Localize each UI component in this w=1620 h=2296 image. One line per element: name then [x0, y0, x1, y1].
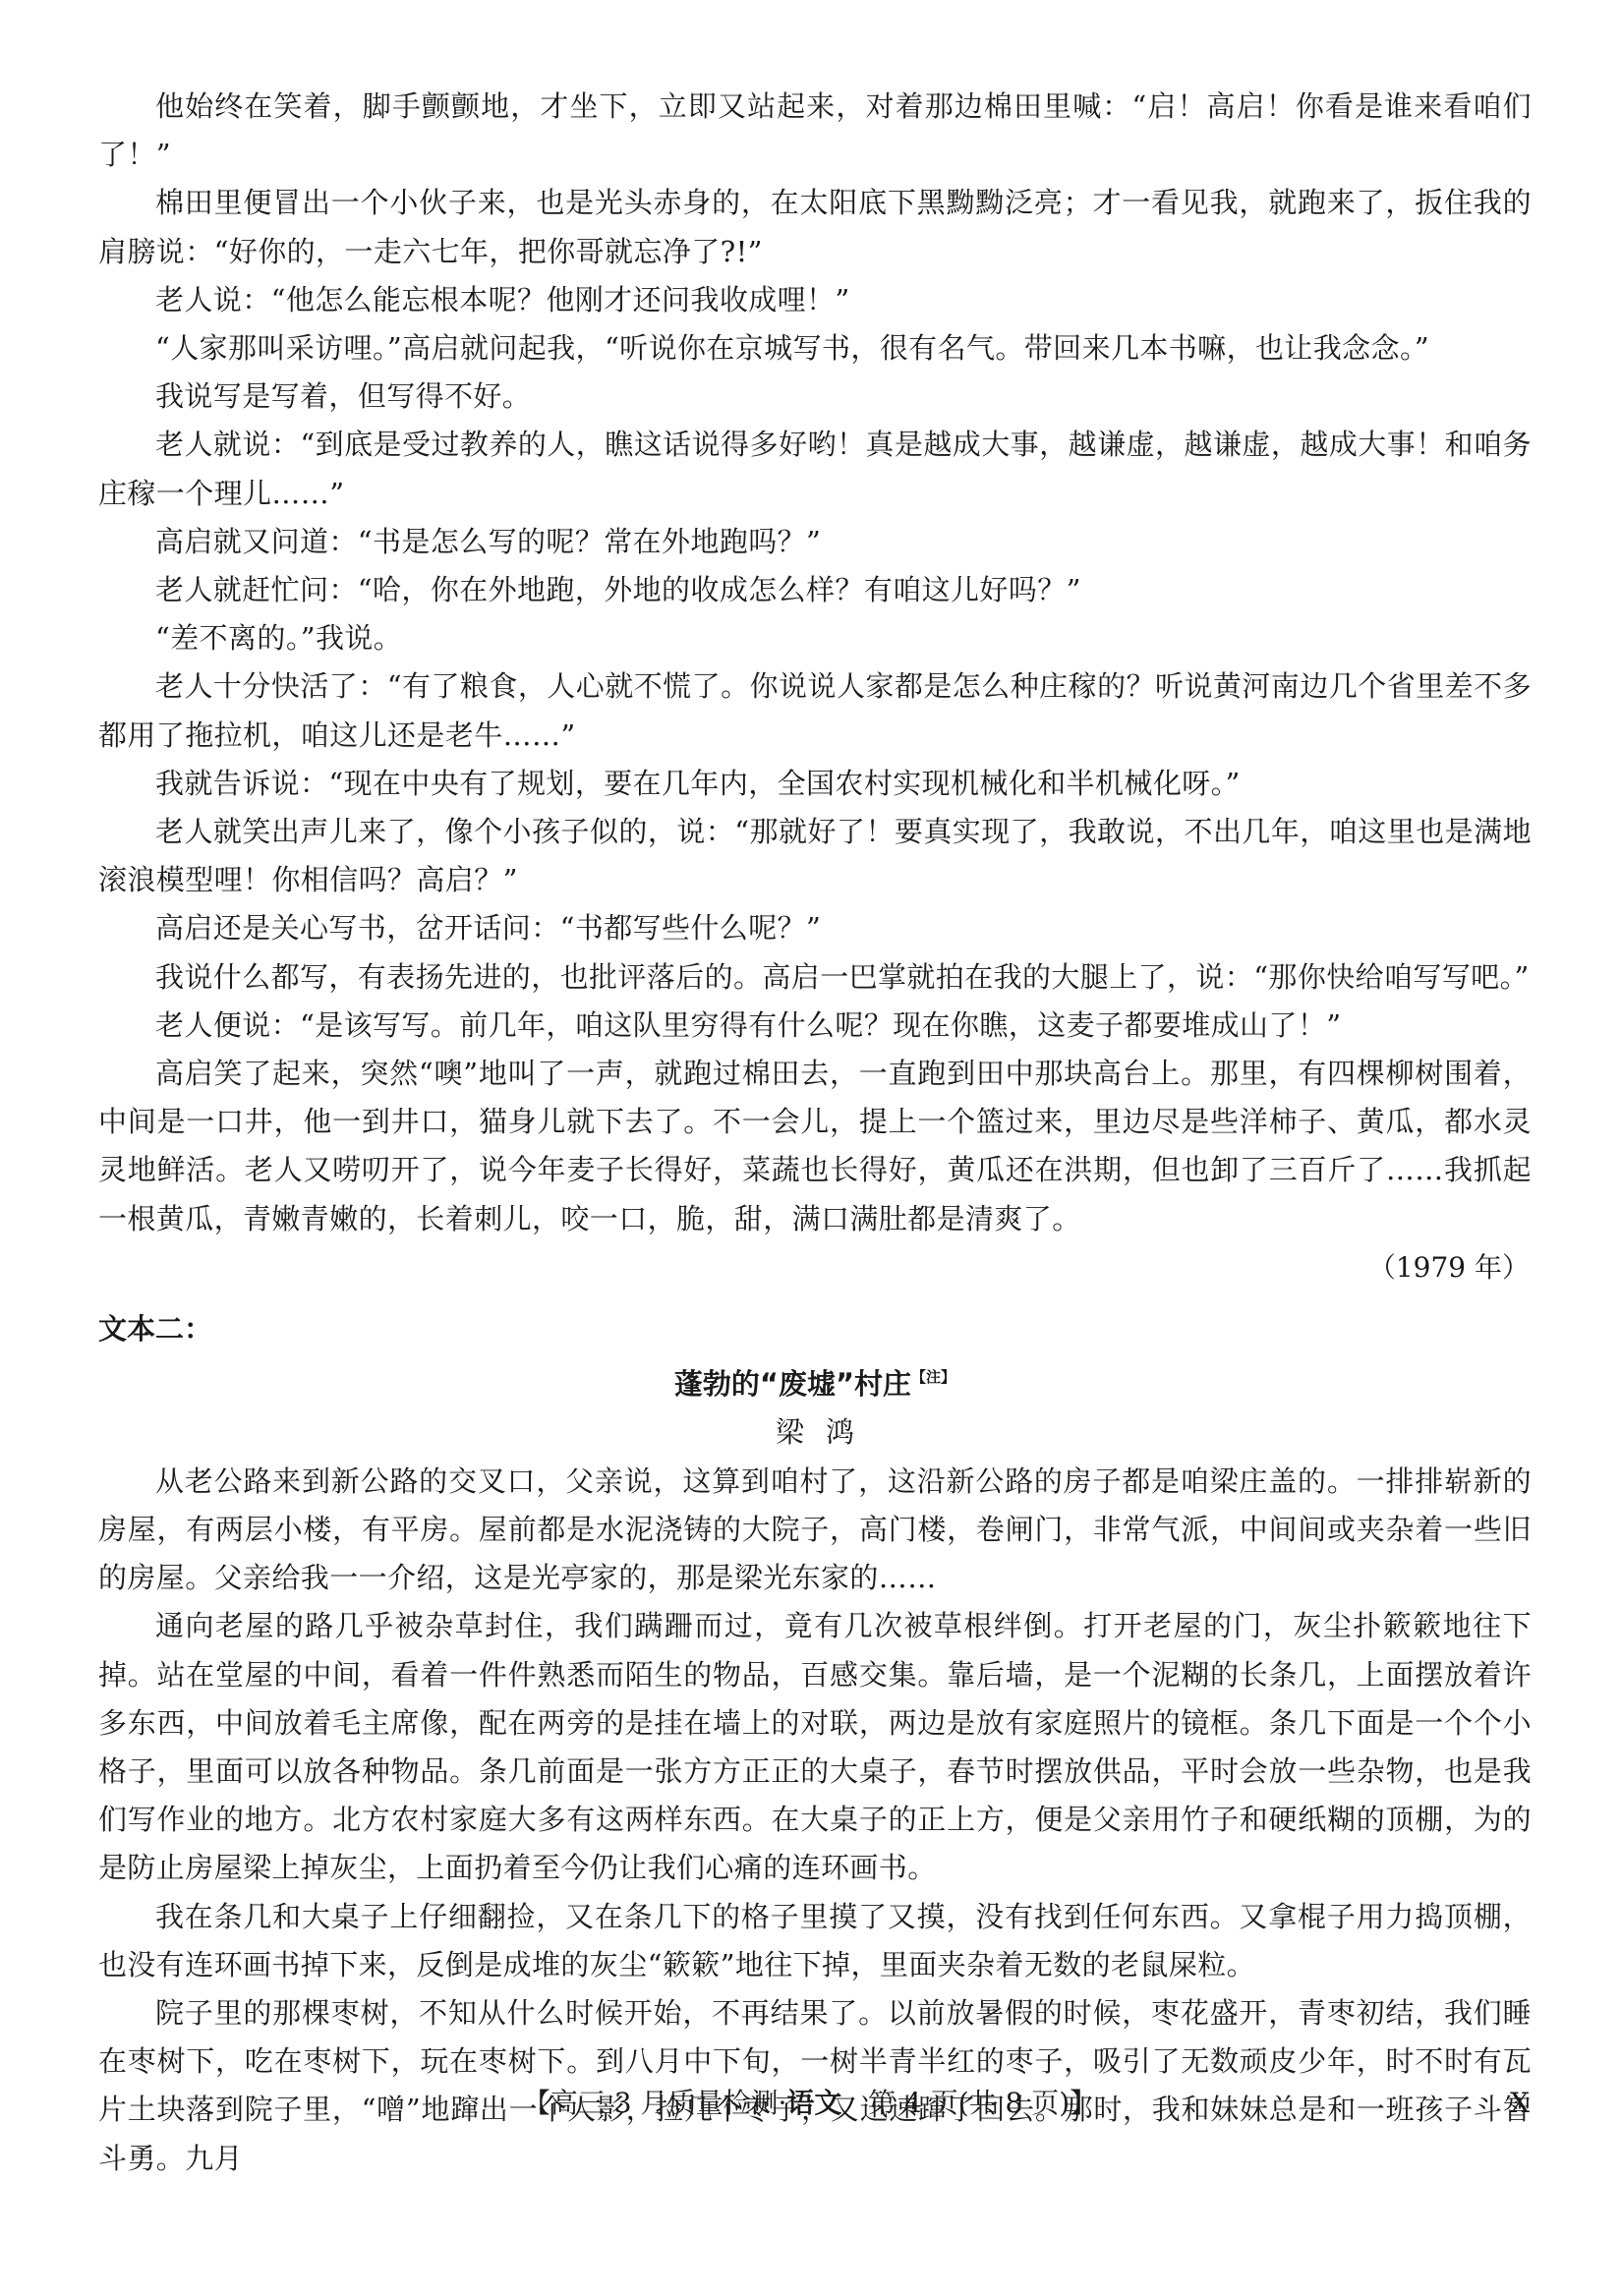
- footer-page-info: 【高三 3 月质量检测·语文 第 4 页(共 8 页)】: [0, 2082, 1620, 2125]
- article-title: 蓬勃的“废墟”村庄【注】: [98, 1353, 1532, 1408]
- paragraph: 高启还是关心写书，岔开话问：“书都写些什么呢？”: [98, 904, 1532, 952]
- paragraph: 老人就赶忙问：“哈，你在外地跑，外地的收成怎么样？有咱这儿好吗？”: [98, 566, 1532, 614]
- article-author: 梁鸿: [98, 1408, 1532, 1457]
- footnote-marker: 【注】: [911, 1368, 955, 1386]
- paragraph: 我就告诉说：“现在中央有了规划，要在几年内，全国农村实现机械化和半机械化呀。”: [98, 760, 1532, 808]
- paragraph: 老人说：“他怎么能忘根本呢？他刚才还问我收成哩！”: [98, 276, 1532, 324]
- article-title-text: 蓬勃的“废墟”村庄: [674, 1367, 911, 1401]
- paragraph: 棉田里便冒出一个小伙子来，也是光头赤身的，在太阳底下黑黝黝泛亮；才一看见我，就跑…: [98, 179, 1532, 275]
- text-two-section: 文本二： 蓬勃的“废墟”村庄【注】 梁鸿 从老公路来到新公路的交叉口，父亲说，这…: [98, 1305, 1532, 2183]
- publication-year: （1979 年）: [98, 1243, 1532, 1291]
- paragraph: 从老公路来到新公路的交叉口，父亲说，这算到咱村了，这沿新公路的房子都是咱梁庄盖的…: [98, 1458, 1532, 1603]
- footer-version-mark: X: [1510, 2082, 1530, 2125]
- paragraph: 我在条几和大桌子上仔细翻捡，又在条几下的格子里摸了又摸，没有找到任何东西。又拿棍…: [98, 1893, 1532, 1989]
- paragraph: 老人就笑出声儿来了，像个小孩子似的，说：“那就好了！要真实现了，我敢说，不出几年…: [98, 808, 1532, 904]
- paragraph: 通向老屋的路几乎被杂草封住，我们蹒跚而过，竟有几次被草根绊倒。打开老屋的门，灰尘…: [98, 1602, 1532, 1892]
- paragraph: 他始终在笑着，脚手颤颤地，才坐下，立即又站起来，对着那边棉田里喊：“启！高启！你…: [98, 83, 1532, 179]
- footer-exam-name: 高三 3 月质量检测: [550, 2087, 779, 2119]
- paragraph: 老人便说：“是该写写。前几年，咱这队里穷得有什么呢？现在你瞧，这麦子都要堆成山了…: [98, 1002, 1532, 1050]
- footer-open-bracket: 【: [523, 2087, 550, 2119]
- paragraph: “人家那叫采访哩。”高启就问起我，“听说你在京城写书，很有名气。带回来几本书嘛，…: [98, 324, 1532, 373]
- exam-page: 他始终在笑着，脚手颤颤地，才坐下，立即又站起来，对着那边棉田里喊：“启！高启！你…: [98, 83, 1532, 2183]
- paragraph: 老人十分快活了：“有了粮食，人心就不慌了。你说说人家都是怎么种庄稼的？听说黄河南…: [98, 662, 1532, 759]
- page-footer: 【高三 3 月质量检测·语文 第 4 页(共 8 页)】 X: [0, 2082, 1620, 2125]
- paragraph: 高启就又问道：“书是怎么写的呢？常在外地跑吗？”: [98, 518, 1532, 566]
- paragraph: 我说什么都写，有表扬先进的，也批评落后的。高启一巴掌就拍在我的大腿上了，说：“那…: [98, 953, 1532, 1002]
- footer-page-number: 第 4 页(共 8 页): [868, 2087, 1070, 2119]
- footer-close-bracket: 】: [1070, 2087, 1097, 2119]
- section-label: 文本二：: [98, 1305, 1532, 1353]
- paragraph: 高启笑了起来，突然“噢”地叫了一声，就跑过棉田去，一直跑到田中那块高台上。那里，…: [98, 1050, 1532, 1243]
- paragraph: “差不离的。”我说。: [98, 614, 1532, 662]
- paragraph: 老人就说：“到底是受过教养的人，瞧这话说得多好哟！真是越成大事，越谦虚，越谦虚，…: [98, 421, 1532, 517]
- paragraph: 我说写是写着，但写得不好。: [98, 373, 1532, 421]
- text-one-section: 他始终在笑着，脚手颤颤地，才坐下，立即又站起来，对着那边棉田里喊：“启！高启！你…: [98, 83, 1532, 1291]
- footer-subject: 语文: [786, 2087, 841, 2119]
